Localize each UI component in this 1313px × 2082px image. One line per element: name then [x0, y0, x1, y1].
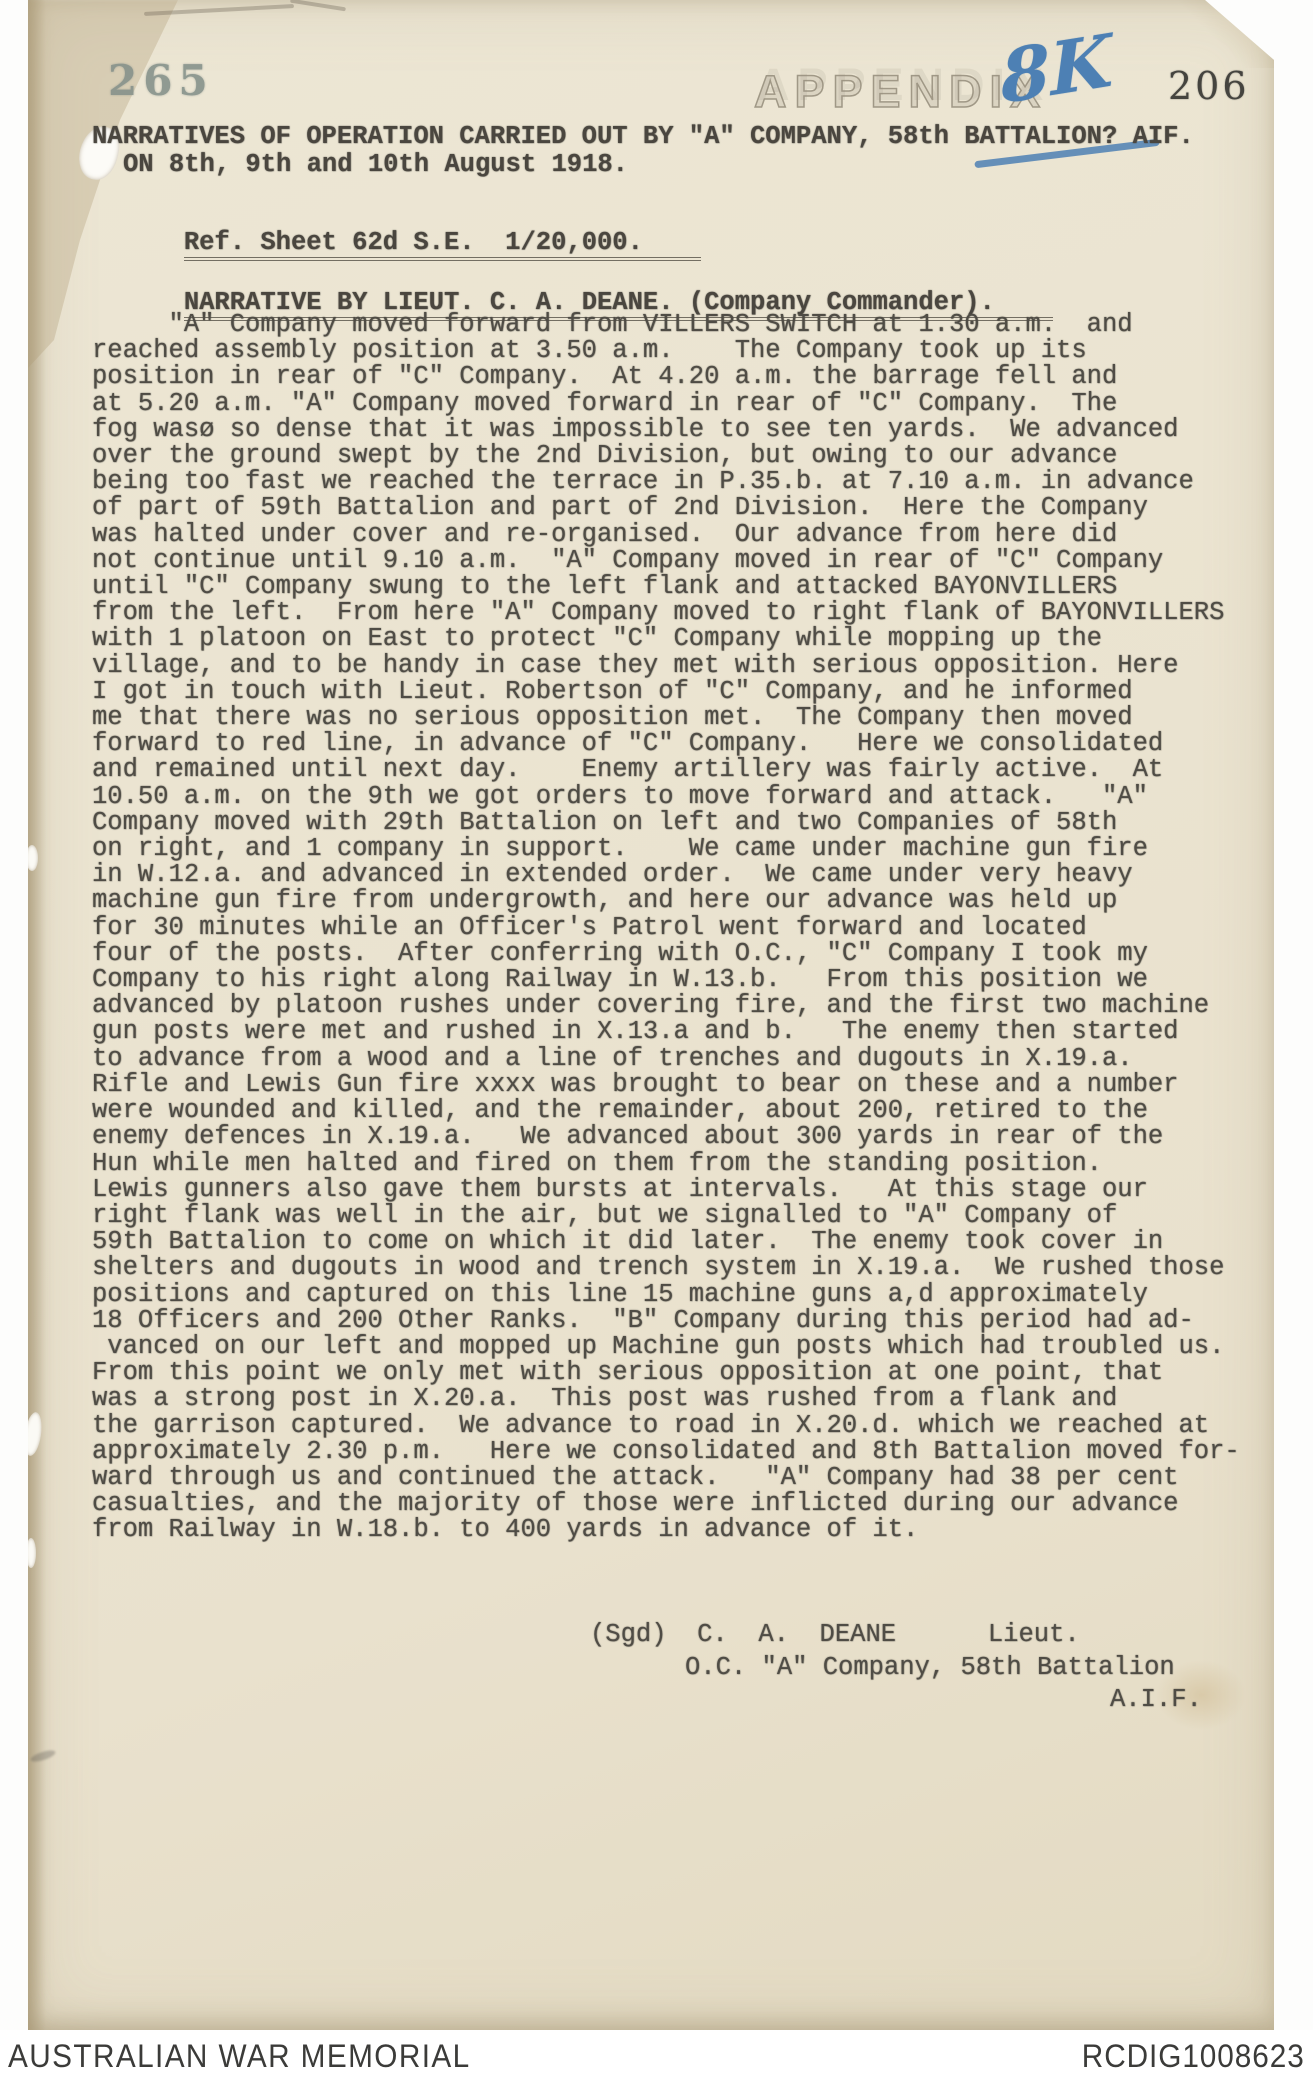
narrative-line: gun posts were met and rushed in X.13.a … [92, 1019, 1240, 1045]
narrative-line: Lewis gunners also gave them bursts at i… [92, 1177, 1240, 1203]
edge-tear [26, 845, 38, 871]
document-title-line1: NARRATIVES OF OPERATION CARRIED OUT BY "… [92, 124, 1194, 150]
narrative-line: casualties, and the majority of those we… [92, 1491, 1240, 1517]
narrative-line: enemy defences in X.19.a. We advanced ab… [92, 1124, 1240, 1150]
narrative-line: being too fast we reached the terrace in… [92, 469, 1240, 495]
narrative-line: advanced by platoon rushes under coverin… [92, 993, 1240, 1019]
narrative-line: Hun while men halted and fired on them f… [92, 1151, 1240, 1177]
narrative-line: shelters and dugouts in wood and trench … [92, 1255, 1240, 1281]
narrative-line: me that there was no serious opposition … [92, 705, 1240, 731]
narrative-line: of part of 59th Battalion and part of 2n… [92, 495, 1240, 521]
cropped-top-mark [1220, 4, 1284, 11]
narrative-line: in W.12.a. and advanced in extended orde… [92, 862, 1240, 888]
narrative-line: from the left. From here "A" Company mov… [92, 600, 1240, 626]
narrative-line: right flank was well in the air, but we … [92, 1203, 1240, 1229]
narrative-line: over the ground swept by the 2nd Divisio… [92, 443, 1240, 469]
scanned-document-view: 265 APPENDIX 8K 206 NARRATIVES OF OPERAT… [0, 0, 1313, 2082]
narrative-body: "A" Company moved forward from VILLERS S… [92, 312, 1240, 1544]
torn-left-edge [28, 0, 46, 2030]
narrative-line: four of the posts. After conferring with… [92, 941, 1240, 967]
narrative-line: until "C" Company swung to the left flan… [92, 574, 1240, 600]
narrative-line: were wounded and killed, and the remaind… [92, 1098, 1240, 1124]
narrative-line: Company to his right along Railway in W.… [92, 967, 1240, 993]
signature-line: (Sgd) C. A. DEANE Lieut. [590, 1622, 1080, 1648]
signature-force-line: A.I.F. [1110, 1687, 1202, 1713]
narrative-line: was halted under cover and re-organised.… [92, 522, 1240, 548]
narrative-line: and remained until next day. Enemy artil… [92, 757, 1240, 783]
appendix-ref-handwritten: 8K [998, 17, 1114, 120]
narrative-line: fog wasø so dense that it was impossible… [92, 417, 1240, 443]
narrative-line: positions and captured on this line 15 m… [92, 1282, 1240, 1308]
map-reference-text: Ref. Sheet 62d S.E. 1/20,000. [184, 230, 701, 261]
edge-tear [26, 1538, 36, 1568]
footer-bar: AUSTRALIAN WAR MEMORIAL RCDIG1008623 [0, 2030, 1313, 2082]
narrative-line: Company moved with 29th Battalion on lef… [92, 810, 1240, 836]
paper-sheet: 265 APPENDIX 8K 206 NARRATIVES OF OPERAT… [28, 0, 1274, 2030]
document-title-line2: ON 8th, 9th and 10th August 1918. [123, 152, 628, 178]
narrative-line: vanced on our left and mopped up Machine… [92, 1334, 1240, 1360]
page-number-stamp-left: 265 [108, 56, 214, 105]
narrative-line: for 30 minutes while an Officer's Patrol… [92, 915, 1240, 941]
narrative-line: with 1 platoon on East to protect "C" Co… [92, 626, 1240, 652]
narrative-line: Rifle and Lewis Gun fire xxxx was brough… [92, 1072, 1240, 1098]
narrative-line: approximately 2.30 p.m. Here we consolid… [92, 1439, 1240, 1465]
narrative-line: I got in touch with Lieut. Robertson of … [92, 679, 1240, 705]
narrative-line: reached assembly position at 3.50 a.m. T… [92, 338, 1240, 364]
narrative-line: 18 Officers and 200 Other Ranks. "B" Com… [92, 1308, 1240, 1334]
cropped-top-mark [290, 0, 346, 11]
folded-corner [1178, 0, 1274, 68]
narrative-line: on right, and 1 company in support. We c… [92, 836, 1240, 862]
page-number-stamp-right: 206 [1168, 64, 1250, 108]
signature-unit-line: O.C. "A" Company, 58th Battalion [685, 1655, 1175, 1681]
narrative-line: From this point we only met with serious… [92, 1360, 1240, 1386]
narrative-line: position in rear of "C" Company. At 4.20… [92, 364, 1240, 390]
narrative-line: machine gun fire from undergrowth, and h… [92, 888, 1240, 914]
narrative-line: forward to red line, in advance of "C" C… [92, 731, 1240, 757]
narrative-line: the garrison captured. We advance to roa… [92, 1413, 1240, 1439]
archive-name: AUSTRALIAN WAR MEMORIAL [8, 2038, 471, 2075]
narrative-line: to advance from a wood and a line of tre… [92, 1046, 1240, 1072]
item-id: RCDIG1008623 [1082, 2038, 1305, 2075]
narrative-line: from Railway in W.18.b. to 400 yards in … [92, 1517, 1240, 1543]
narrative-line: not continue until 9.10 a.m. "A" Company… [92, 548, 1240, 574]
narrative-line: 10.50 a.m. on the 9th we got orders to m… [92, 784, 1240, 810]
narrative-line: at 5.20 a.m. "A" Company moved forward i… [92, 391, 1240, 417]
narrative-line: was a strong post in X.20.a. This post w… [92, 1386, 1240, 1412]
narrative-line: ward through us and continued the attack… [92, 1465, 1240, 1491]
narrative-line: village, and to be handy in case they me… [92, 653, 1240, 679]
narrative-line: 59th Battalion to come on which it did l… [92, 1229, 1240, 1255]
narrative-line: "A" Company moved forward from VILLERS S… [92, 312, 1240, 338]
